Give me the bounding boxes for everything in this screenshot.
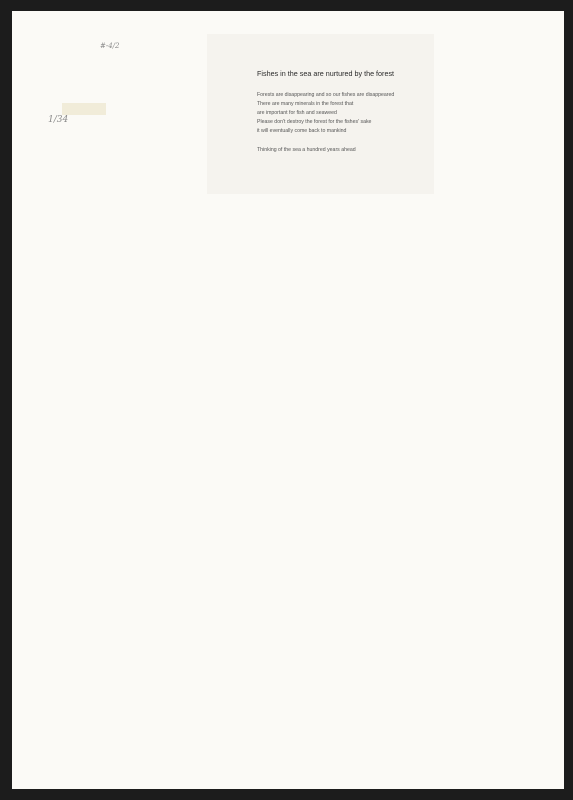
- card-line: are important for fish and seaweed: [257, 110, 337, 116]
- paper-sheet: #-4/2 1/34 Fishes in the sea are nurture…: [12, 11, 564, 789]
- card-line: There are many minerals in the forest th…: [257, 101, 353, 107]
- card-line: it will eventually come back to mankind: [257, 128, 346, 134]
- tape-strip: [62, 103, 106, 115]
- pencil-note-side: 1/34: [48, 115, 68, 125]
- pencil-note-top: #-4/2: [100, 42, 120, 50]
- card-line: Forests are disappearing and so our fish…: [257, 92, 394, 98]
- card-line: Please don't destroy the forest for the …: [257, 119, 371, 125]
- message-card: Fishes in the sea are nurtured by the fo…: [207, 34, 434, 194]
- card-closing: Thinking of the sea a hundred years ahea…: [257, 147, 356, 153]
- card-title: Fishes in the sea are nurtured by the fo…: [257, 69, 394, 78]
